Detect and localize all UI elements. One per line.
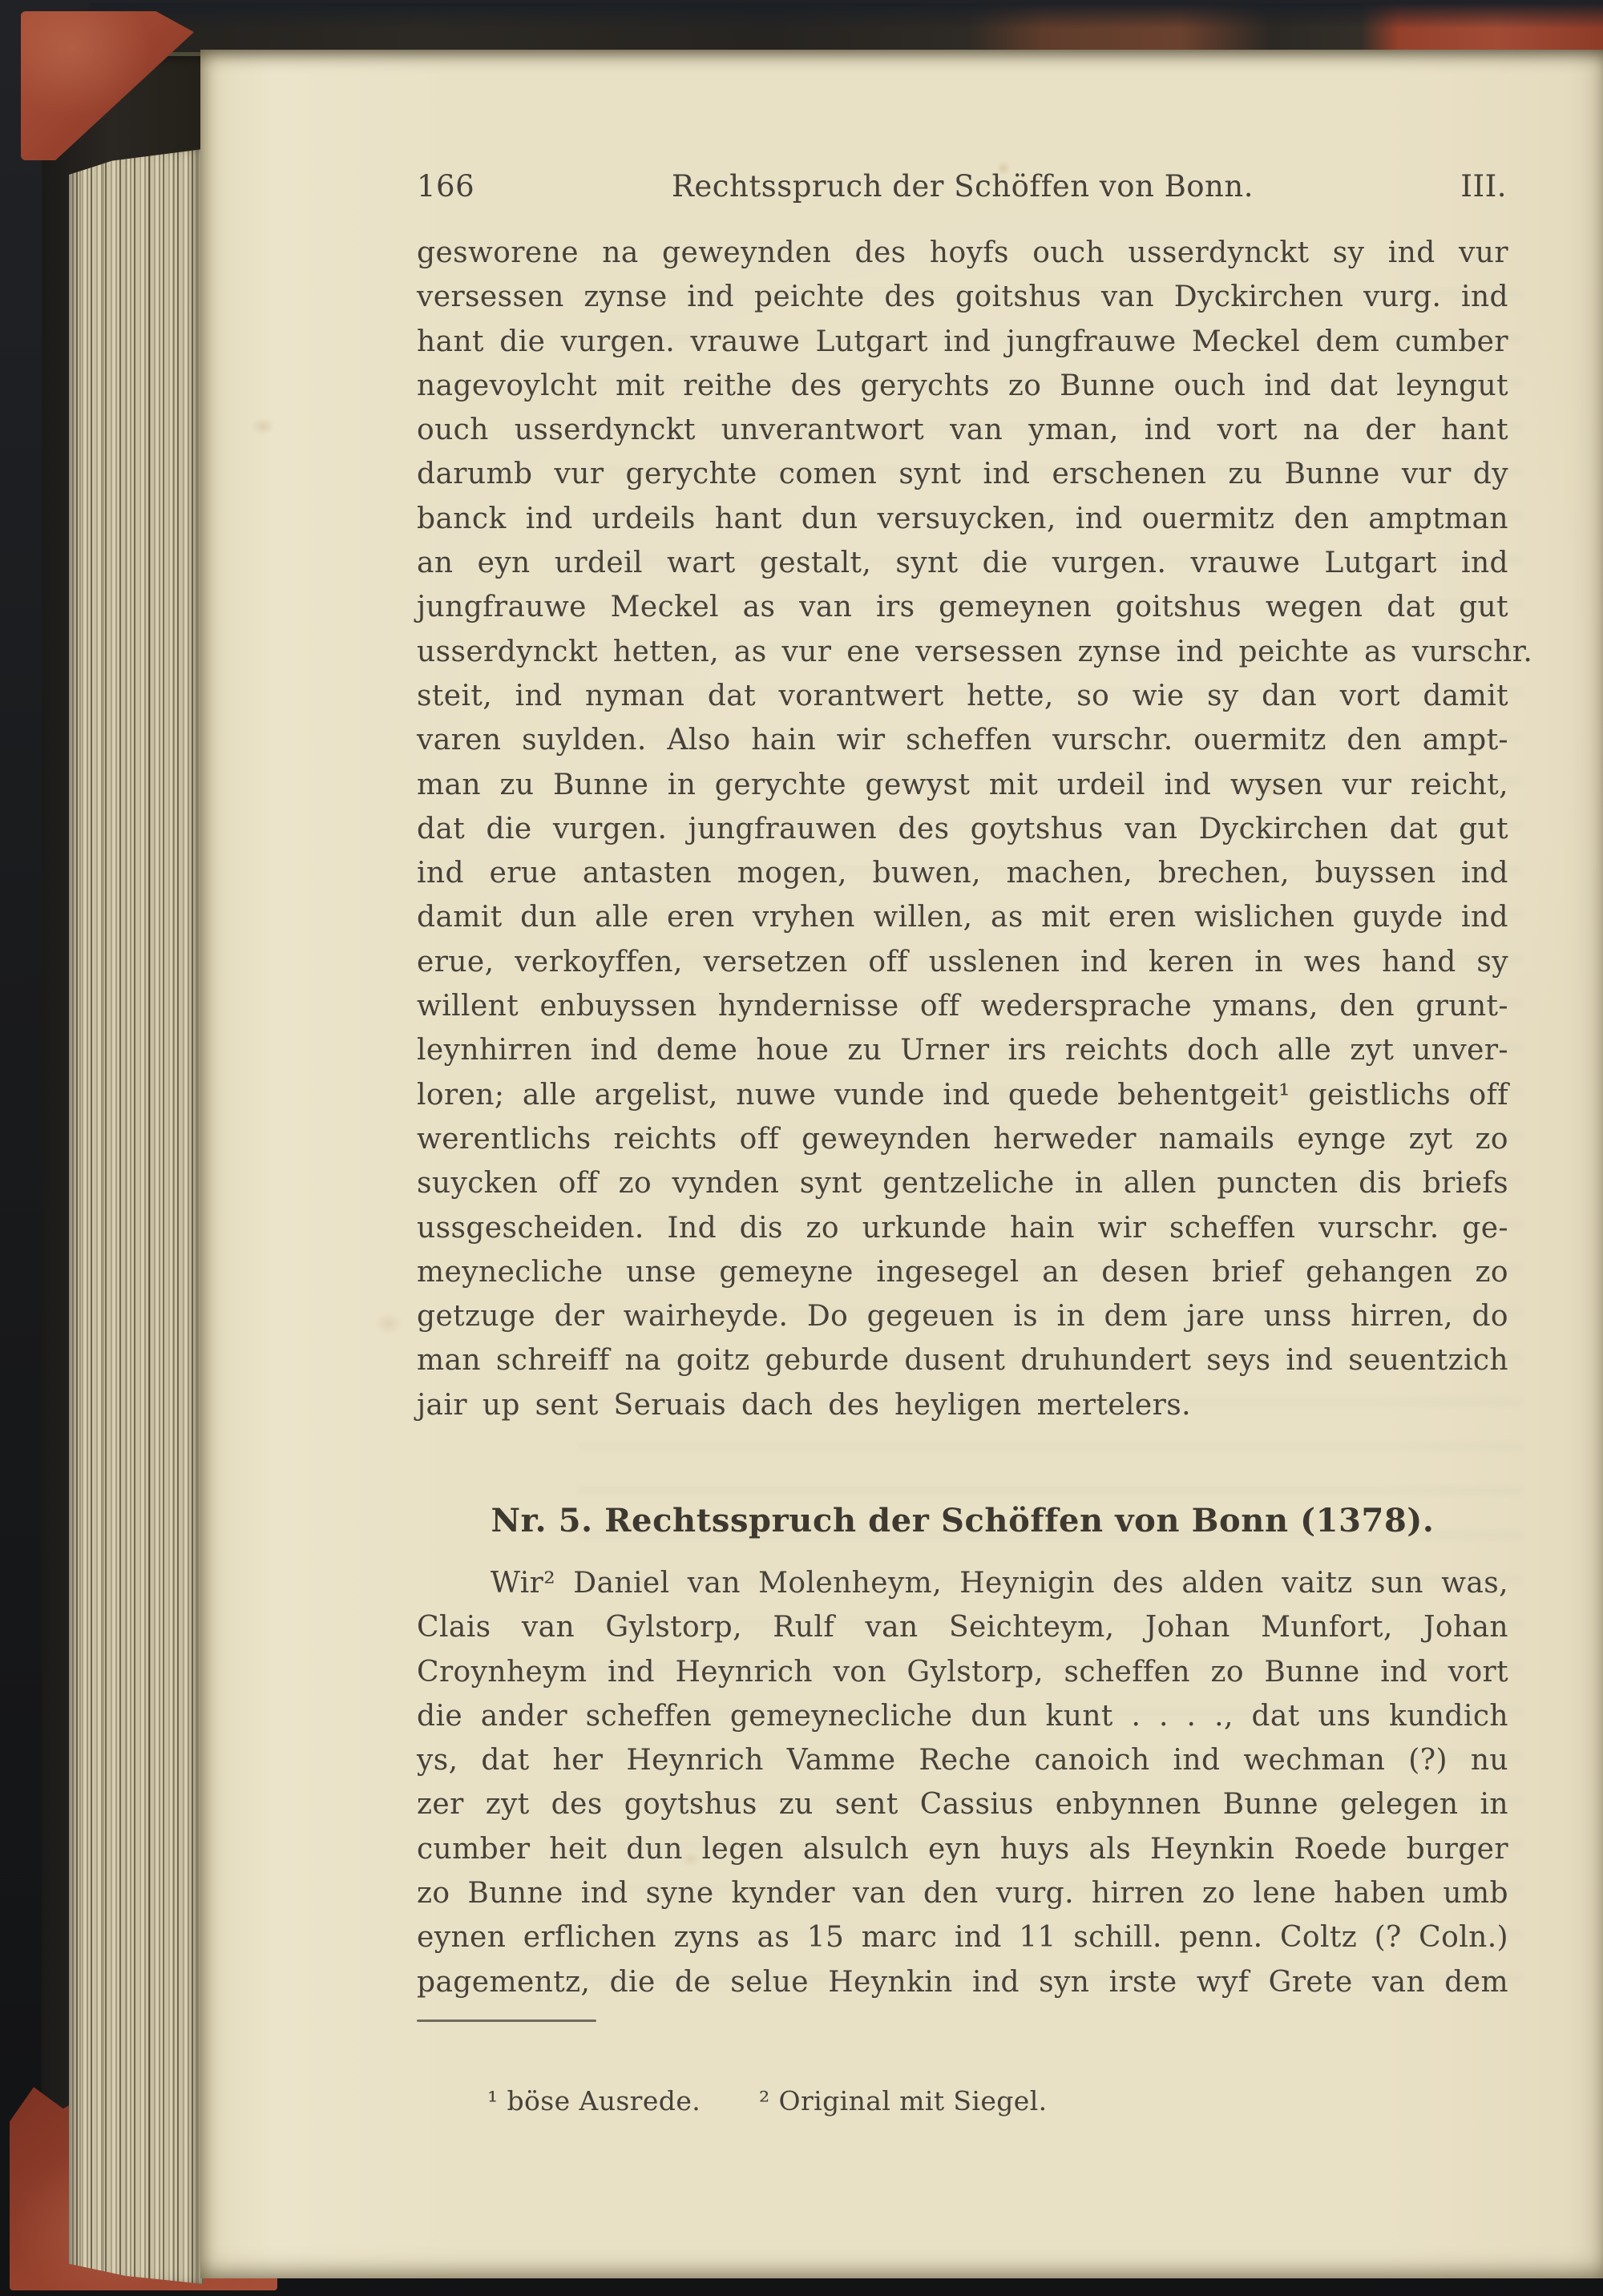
text-line: ys, dat her Heynrich Vamme Reche canoich… <box>417 1738 1508 1782</box>
footnote-2: ² Original mit Siegel. <box>759 2085 1048 2116</box>
text-line: hant die vurgen. vrauwe Lutgart ind jung… <box>417 320 1508 364</box>
text-line: werentlichs reichts off geweynden herwed… <box>417 1117 1508 1161</box>
text-line: banck ind urdeils hant dun versuycken, i… <box>417 497 1508 541</box>
page-number: 166 <box>417 164 474 208</box>
footnote-separator-rule <box>417 2020 596 2022</box>
text-line: ind erue antasten mogen, buwen, machen, … <box>417 851 1508 895</box>
paragraph-nr5: Wir² Daniel van Molenheym, Heynigin des … <box>417 1561 1508 2004</box>
text-line: man zu Bunne in gerychte gewyst mit urde… <box>417 763 1508 807</box>
text-line: darumb vur gerychte comen synt ind ersch… <box>417 452 1508 496</box>
page-stack-fore-edge <box>69 149 204 2284</box>
text-line: Wir² Daniel van Molenheym, Heynigin des … <box>417 1561 1508 1605</box>
text-line: zo Bunne ind syne kynder van den vurg. h… <box>417 1871 1508 1915</box>
text-line: erue, verkoyffen, versetzen off usslenen… <box>417 940 1508 984</box>
text-line: willent enbuyssen hyndernisse off weders… <box>417 984 1508 1028</box>
text-line: damit dun alle eren vryhen willen, as mi… <box>417 895 1508 939</box>
volume-numeral: III. <box>1460 164 1507 208</box>
text-line: getzuge der wairheyde. Do gegeuen is in … <box>417 1294 1508 1338</box>
text-line: versessen zynse ind peichte des goitshus… <box>417 275 1508 319</box>
footnotes: ¹ böse Ausrede. ² Original mit Siegel. <box>417 2082 1508 2120</box>
text-line: leynhirren ind deme houe zu Urner irs re… <box>417 1028 1508 1072</box>
text-line: die ander scheffen gemeynecliche dun kun… <box>417 1694 1508 1738</box>
text-line: an eyn urdeil wart gestalt, synt die vur… <box>417 541 1508 585</box>
text-line: nagevoylcht mit reithe des gerychts zo B… <box>417 364 1508 408</box>
text-line: jair up sent Seruais dach des heyligen m… <box>417 1383 1508 1427</box>
page-header: 166 Rechtsspruch der Schöffen von Bonn. … <box>417 164 1508 208</box>
text-line: ouch usserdynckt unverantwort van yman, … <box>417 408 1508 452</box>
text-line: pagementz, die de selue Heynkin ind syn … <box>417 1960 1508 2004</box>
text-line: suycken off zo vynden synt gentzeliche i… <box>417 1161 1508 1205</box>
text-line: ussgescheiden. Ind dis zo urkunde hain w… <box>417 1206 1508 1250</box>
text-line: usserdynckt hetten, as vur ene versessen… <box>417 630 1508 674</box>
text-line: loren; alle argelist, nuwe vunde ind que… <box>417 1073 1508 1117</box>
book-binding-top-edge <box>90 3 1603 52</box>
text-line: Croynheym ind Heynrich von Gylstorp, sch… <box>417 1650 1508 1694</box>
text-line: meynecliche unse gemeyne ingesegel an de… <box>417 1250 1508 1294</box>
footnote-1: ¹ böse Ausrede. <box>487 2085 701 2116</box>
text-line: gesworene na geweynden des hoyfs ouch us… <box>417 231 1508 275</box>
paragraph-continuation: gesworene na geweynden des hoyfs ouch us… <box>417 231 1508 1427</box>
text-line: Clais van Gylstorp, Rulf van Seichteym, … <box>417 1605 1508 1649</box>
scanned-book-photo: 166 Rechtsspruch der Schöffen von Bonn. … <box>0 0 1603 2296</box>
section-heading: Nr. 5. Rechtsspruch der Schöffen von Bon… <box>417 1497 1508 1545</box>
text-line: dat die vurgen. jungfrauwen des goytshus… <box>417 807 1508 851</box>
text-line: steit, ind nyman dat vorantwert hette, s… <box>417 674 1508 718</box>
text-line: man schreiff na goitz geburde dusent dru… <box>417 1338 1508 1382</box>
running-title: Rechtsspruch der Schöffen von Bonn. <box>672 164 1254 208</box>
text-line: varen suylden. Also hain wir scheffen vu… <box>417 718 1508 762</box>
text-line: eynen erflichen zyns as 15 marc ind 11 s… <box>417 1915 1508 1959</box>
text-line: jungfrauwe Meckel as van irs gemeynen go… <box>417 585 1508 629</box>
text-line: zer zyt des goytshus zu sent Cassius enb… <box>417 1782 1508 1826</box>
text-line: cumber heit dun legen alsulch eyn huys a… <box>417 1827 1508 1871</box>
